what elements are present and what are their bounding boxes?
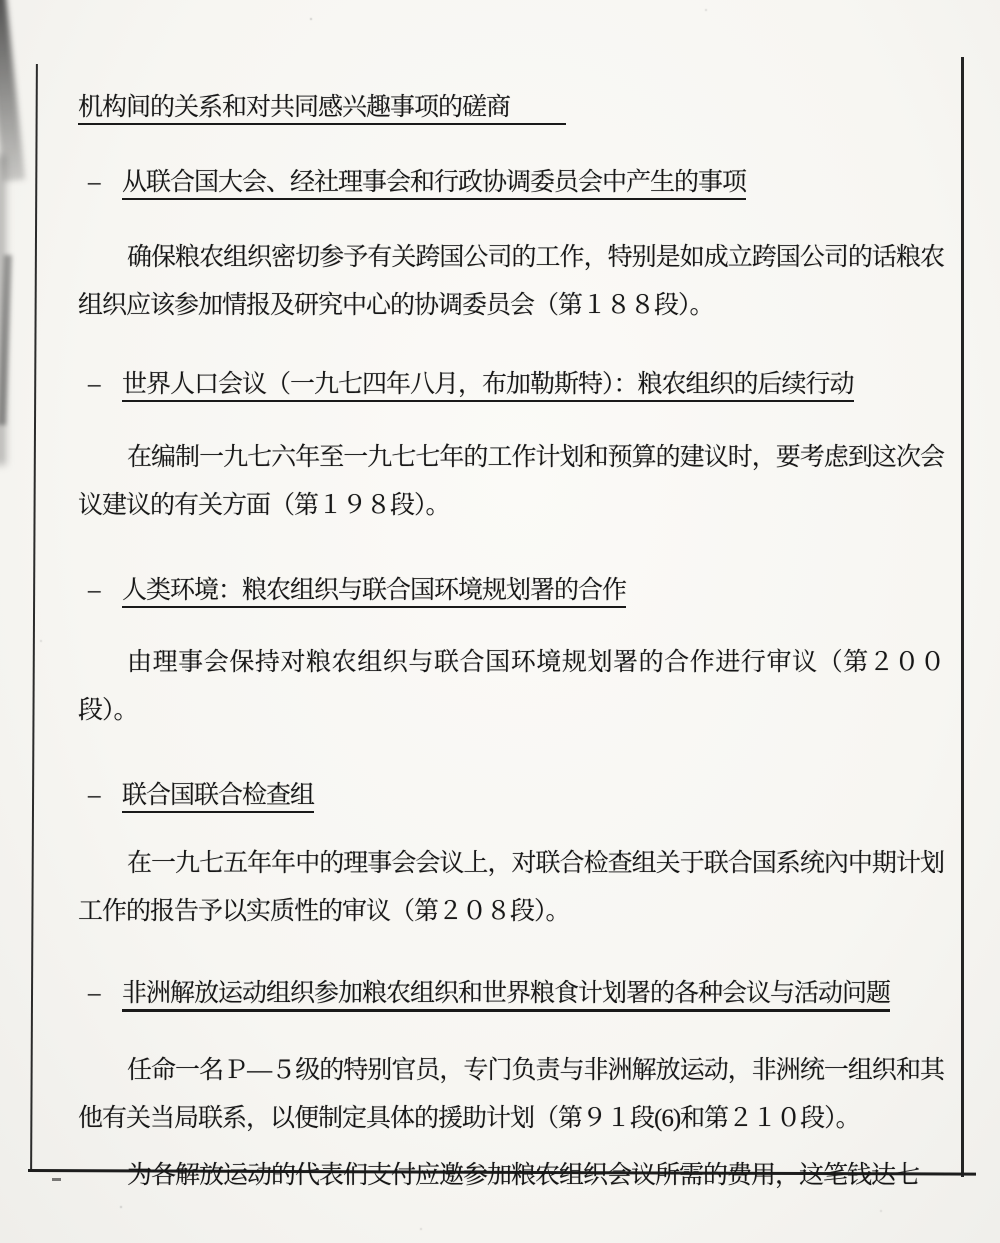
- scan-smudge: [0, 255, 12, 425]
- paragraph: 为各解放运动的代表们支付应邀参加粮农组织会议所需的费用，这笔钱达七: [78, 1152, 944, 1200]
- section: –世界人口会议（一九七四年八月，布加勒斯特）：粮农组织的后续行动 在编制一九七六…: [78, 361, 944, 530]
- section: –人类环境：粮农组织与联合国环境规划署的合作 由理事会保持对粮农组织与联合国环境…: [78, 567, 944, 735]
- section-heading-text: 联合国联合检查组: [122, 782, 314, 813]
- scanned-document-page: 机构间的关系和对共同感兴趣事项的磋商 –从联合国大会、经社理事会和行政协调委员会…: [0, 0, 1000, 1243]
- scan-smudge: [0, 155, 6, 465]
- section-heading: –联合国联合检查组: [78, 772, 944, 820]
- page-title-text: 机构间的关系和对共同感兴趣事项的磋商: [78, 94, 566, 125]
- paragraph: 由理事会保持对粮农组织与联合国环境规划署的合作进行审议（第２００段）。: [78, 639, 944, 735]
- list-dash-marker: –: [88, 772, 122, 820]
- section-heading-text: 非洲解放运动组织参加粮农组织和世界粮食计划署的各种会议与活动问题: [122, 980, 890, 1012]
- page-title: 机构间的关系和对共同感兴趣事项的磋商: [78, 84, 944, 132]
- section-heading: –人类环境：粮农组织与联合国环境规划署的合作: [78, 567, 944, 615]
- scan-artifact-tick: [52, 1178, 61, 1181]
- paragraph: 确保粮农组织密切参予有关跨国公司的工作，特别是如成立跨国公司的话粮农组织应该参加…: [78, 234, 944, 330]
- section-heading-text: 世界人口会议（一九七四年八月，布加勒斯特）：粮农组织的后续行动: [122, 371, 854, 402]
- section: –从联合国大会、经社理事会和行政协调委员会中产生的事项 确保粮农组织密切参予有关…: [78, 159, 944, 330]
- section: –联合国联合检查组 在一九七五年年中的理事会会议上，对联合检查组关于联合国系统內…: [78, 772, 944, 936]
- document-content: 机构间的关系和对共同感兴趣事项的磋商 –从联合国大会、经社理事会和行政协调委员会…: [78, 0, 944, 1200]
- paragraph: 在一九七五年年中的理事会会议上，对联合检查组关于联合国系统內中期计划工作的报告予…: [78, 840, 944, 936]
- paragraph: 在编制一九七六年至一九七七年的工作计划和预算的建议时，要考虑到这次会议建议的有关…: [78, 434, 944, 530]
- scan-speckles: [0, 0, 2, 2]
- page-border-left: [30, 64, 38, 1170]
- scan-smudge: [0, 0, 25, 182]
- page-border-right: [961, 57, 964, 1177]
- section: –非洲解放运动组织参加粮农组织和世界粮食计划署的各种会议与活动问题 任命一名Ｐ—…: [78, 970, 944, 1200]
- paragraph: 任命一名Ｐ—５级的特别官员，专门负责与非洲解放运动，非洲统一组织和其他有关当局联…: [78, 1047, 944, 1143]
- section-heading: –从联合国大会、经社理事会和行政协调委员会中产生的事项: [78, 159, 944, 207]
- section-heading: –非洲解放运动组织参加粮农组织和世界粮食计划署的各种会议与活动问题: [78, 970, 944, 1018]
- section-heading: –世界人口会议（一九七四年八月，布加勒斯特）：粮农组织的后续行动: [78, 361, 944, 409]
- section-heading-text: 人类环境：粮农组织与联合国环境规划署的合作: [122, 577, 626, 608]
- list-dash-marker: –: [88, 970, 122, 1018]
- section-heading-text: 从联合国大会、经社理事会和行政协调委员会中产生的事项: [122, 169, 746, 200]
- list-dash-marker: –: [88, 159, 122, 207]
- list-dash-marker: –: [88, 361, 122, 409]
- list-dash-marker: –: [88, 567, 122, 615]
